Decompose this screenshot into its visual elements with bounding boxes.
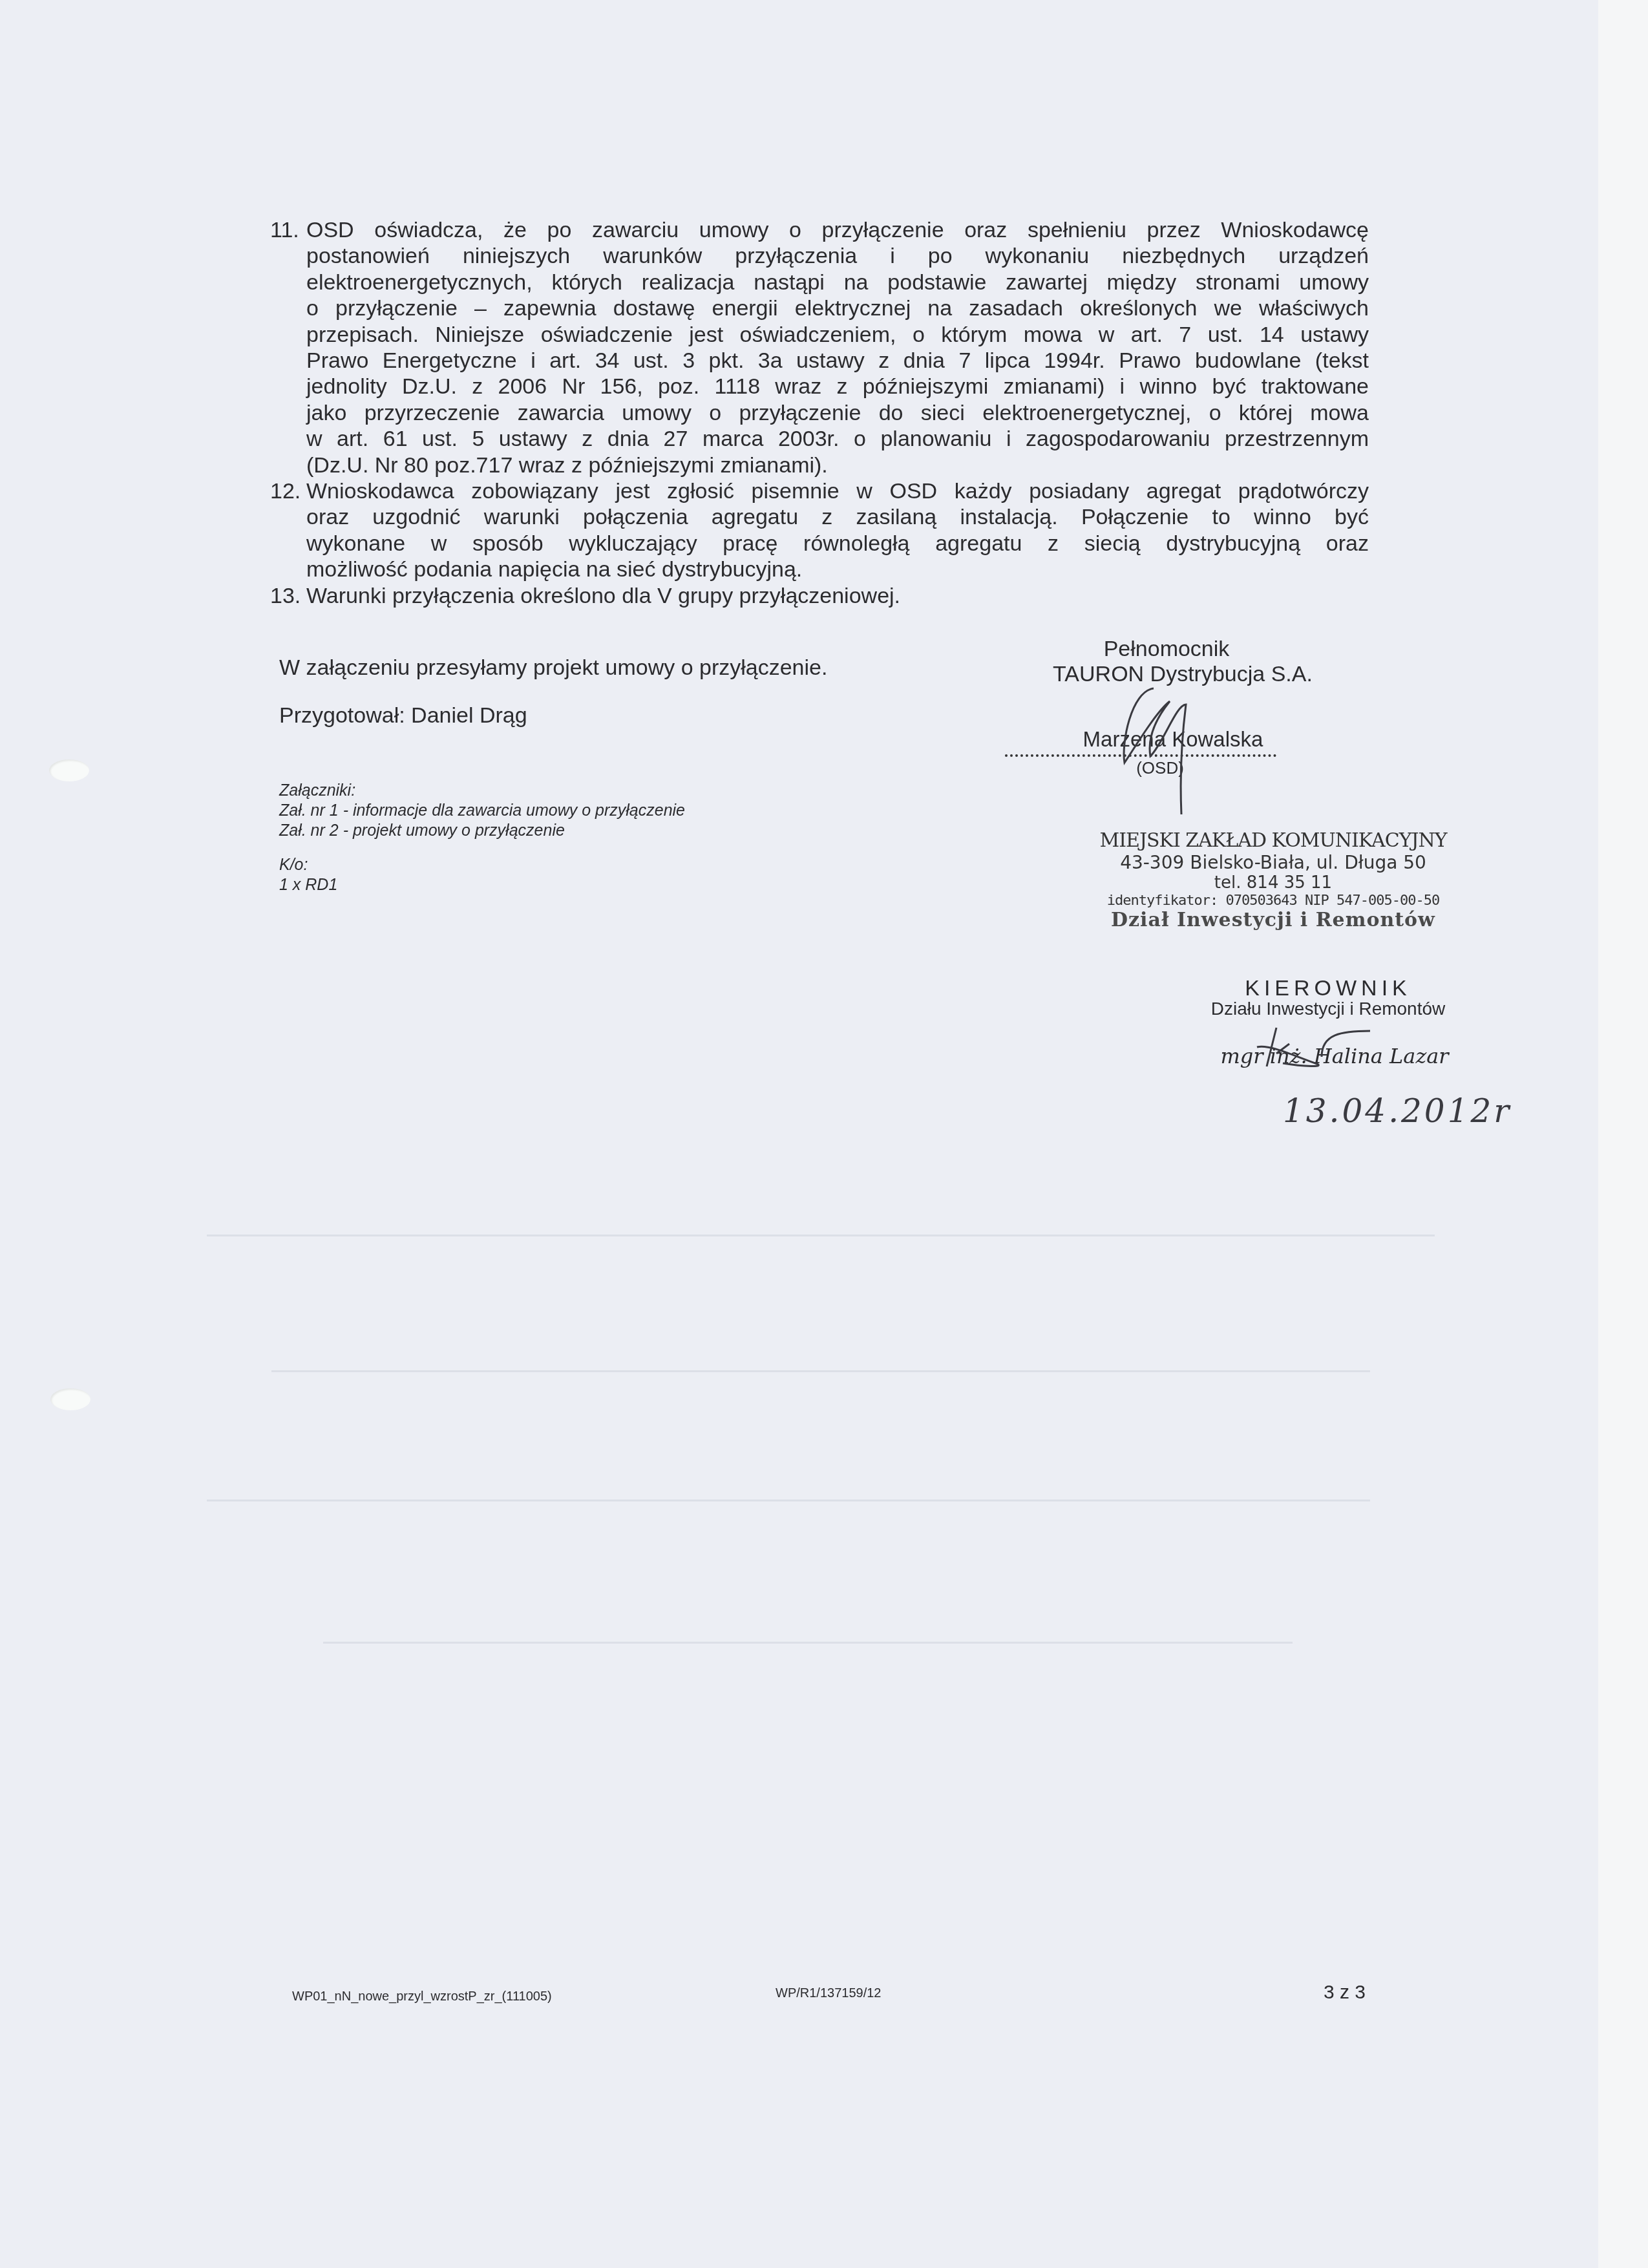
text-line: postanowień niniejszych warunków przyłąc… bbox=[306, 243, 1369, 269]
prepared-by: Przygotował: Daniel Drąg bbox=[279, 703, 527, 728]
punch-hole-bottom bbox=[50, 1388, 90, 1410]
footer-template-id: WP01_nN_nowe_przyl_wzrostP_zr_(111005) bbox=[292, 1989, 552, 2004]
text-line: elektroenergetycznych, których realizacj… bbox=[306, 270, 1369, 295]
stamp-address: 43-309 Bielsko-Biała, ul. Długa 50 bbox=[1073, 852, 1474, 873]
text-line: Prawo Energetyczne i art. 34 ust. 3 pkt.… bbox=[306, 348, 1369, 374]
condition-text: Warunki przyłączenia określono dla V gru… bbox=[306, 583, 1369, 609]
text-line: możliwość podania napięcia na sieć dystr… bbox=[306, 556, 1369, 582]
condition-item: 11.OSD oświadcza, że po zawarciu umowy o… bbox=[270, 217, 1369, 478]
text-line: o przyłączenie – zapewnia dostawę energi… bbox=[306, 295, 1369, 321]
text-line: OSD oświadcza, że po zawarciu umowy o pr… bbox=[306, 217, 1369, 243]
copies-heading: K/o: bbox=[279, 855, 685, 875]
manager-department: Działu Inwestycji i Remontów bbox=[1183, 999, 1474, 1019]
attachment-item: Zał. nr 1 - informacje dla zawarcia umow… bbox=[279, 801, 685, 821]
condition-text: OSD oświadcza, że po zawarciu umowy o pr… bbox=[306, 217, 1369, 478]
punch-hole-top bbox=[49, 759, 89, 781]
manager-title: KIEROWNIK bbox=[1183, 976, 1474, 1001]
handwritten-signature-manager bbox=[1257, 1028, 1399, 1092]
text-line: (Dz.U. Nr 80 poz.717 wraz z późniejszymi… bbox=[306, 452, 1369, 478]
attachments-heading: Załączniki: bbox=[279, 781, 685, 801]
paper-edge bbox=[1598, 0, 1648, 2268]
condition-number: 12. bbox=[270, 478, 306, 583]
handwritten-signature-osd bbox=[1112, 666, 1215, 814]
stamp-department: Dział Inwestycji i Remontów bbox=[1073, 909, 1474, 931]
text-line: w art. 61 ust. 5 ustawy z dnia 27 marca … bbox=[306, 426, 1369, 452]
text-line: jednolity Dz.U. z 2006 Nr 156, poz. 1118… bbox=[306, 374, 1369, 399]
text-line: Warunki przyłączenia określono dla V gru… bbox=[306, 583, 1369, 609]
stamp-company-name: MIEJSKI ZAKŁAD KOMUNIKACYJNY bbox=[1073, 829, 1474, 852]
text-line: oraz uzgodnić warunki połączenia agregat… bbox=[306, 504, 1369, 530]
text-line: wykonane w sposób wykluczający pracę rów… bbox=[306, 531, 1369, 556]
conditions-list: 11.OSD oświadcza, że po zawarciu umowy o… bbox=[270, 217, 1369, 609]
condition-number: 11. bbox=[270, 217, 306, 478]
condition-text: Wnioskodawca zobowiązany jest zgłosić pi… bbox=[306, 478, 1369, 583]
recipient-stamp: MIEJSKI ZAKŁAD KOMUNIKACYJNY 43-309 Biel… bbox=[1073, 829, 1474, 931]
copies-item: 1 x RD1 bbox=[279, 875, 685, 895]
stamp-phone: tel. 814 35 11 bbox=[1073, 873, 1474, 893]
condition-number: 13. bbox=[270, 583, 306, 609]
footer-reference-number: WP/R1/137159/12 bbox=[776, 1986, 881, 2001]
attachment-item: Zał. nr 2 - projekt umowy o przyłączenie bbox=[279, 821, 685, 841]
condition-item: 13.Warunki przyłączenia określono dla V … bbox=[270, 583, 1369, 609]
signatory-title: Pełnomocnik bbox=[986, 637, 1347, 662]
stamp-identifiers: identyfikator: 070503643 NIP 547-005-00-… bbox=[1073, 893, 1474, 909]
attachments-block: Załączniki: Zał. nr 1 - informacje dla z… bbox=[279, 781, 685, 895]
text-line: Wnioskodawca zobowiązany jest zgłosić pi… bbox=[306, 478, 1369, 504]
text-line: przepisach. Niniejsze oświadczenie jest … bbox=[306, 322, 1369, 348]
condition-item: 12.Wnioskodawca zobowiązany jest zgłosić… bbox=[270, 478, 1369, 583]
text-line: jako przyrzeczenie zawarcia umowy o przy… bbox=[306, 400, 1369, 426]
footer-page-indicator: 3 z 3 bbox=[1324, 1982, 1366, 2004]
enclosure-note: W załączeniu przesyłamy projekt umowy o … bbox=[279, 655, 827, 681]
handwritten-date: 13.04.2012r bbox=[1283, 1092, 1512, 1130]
